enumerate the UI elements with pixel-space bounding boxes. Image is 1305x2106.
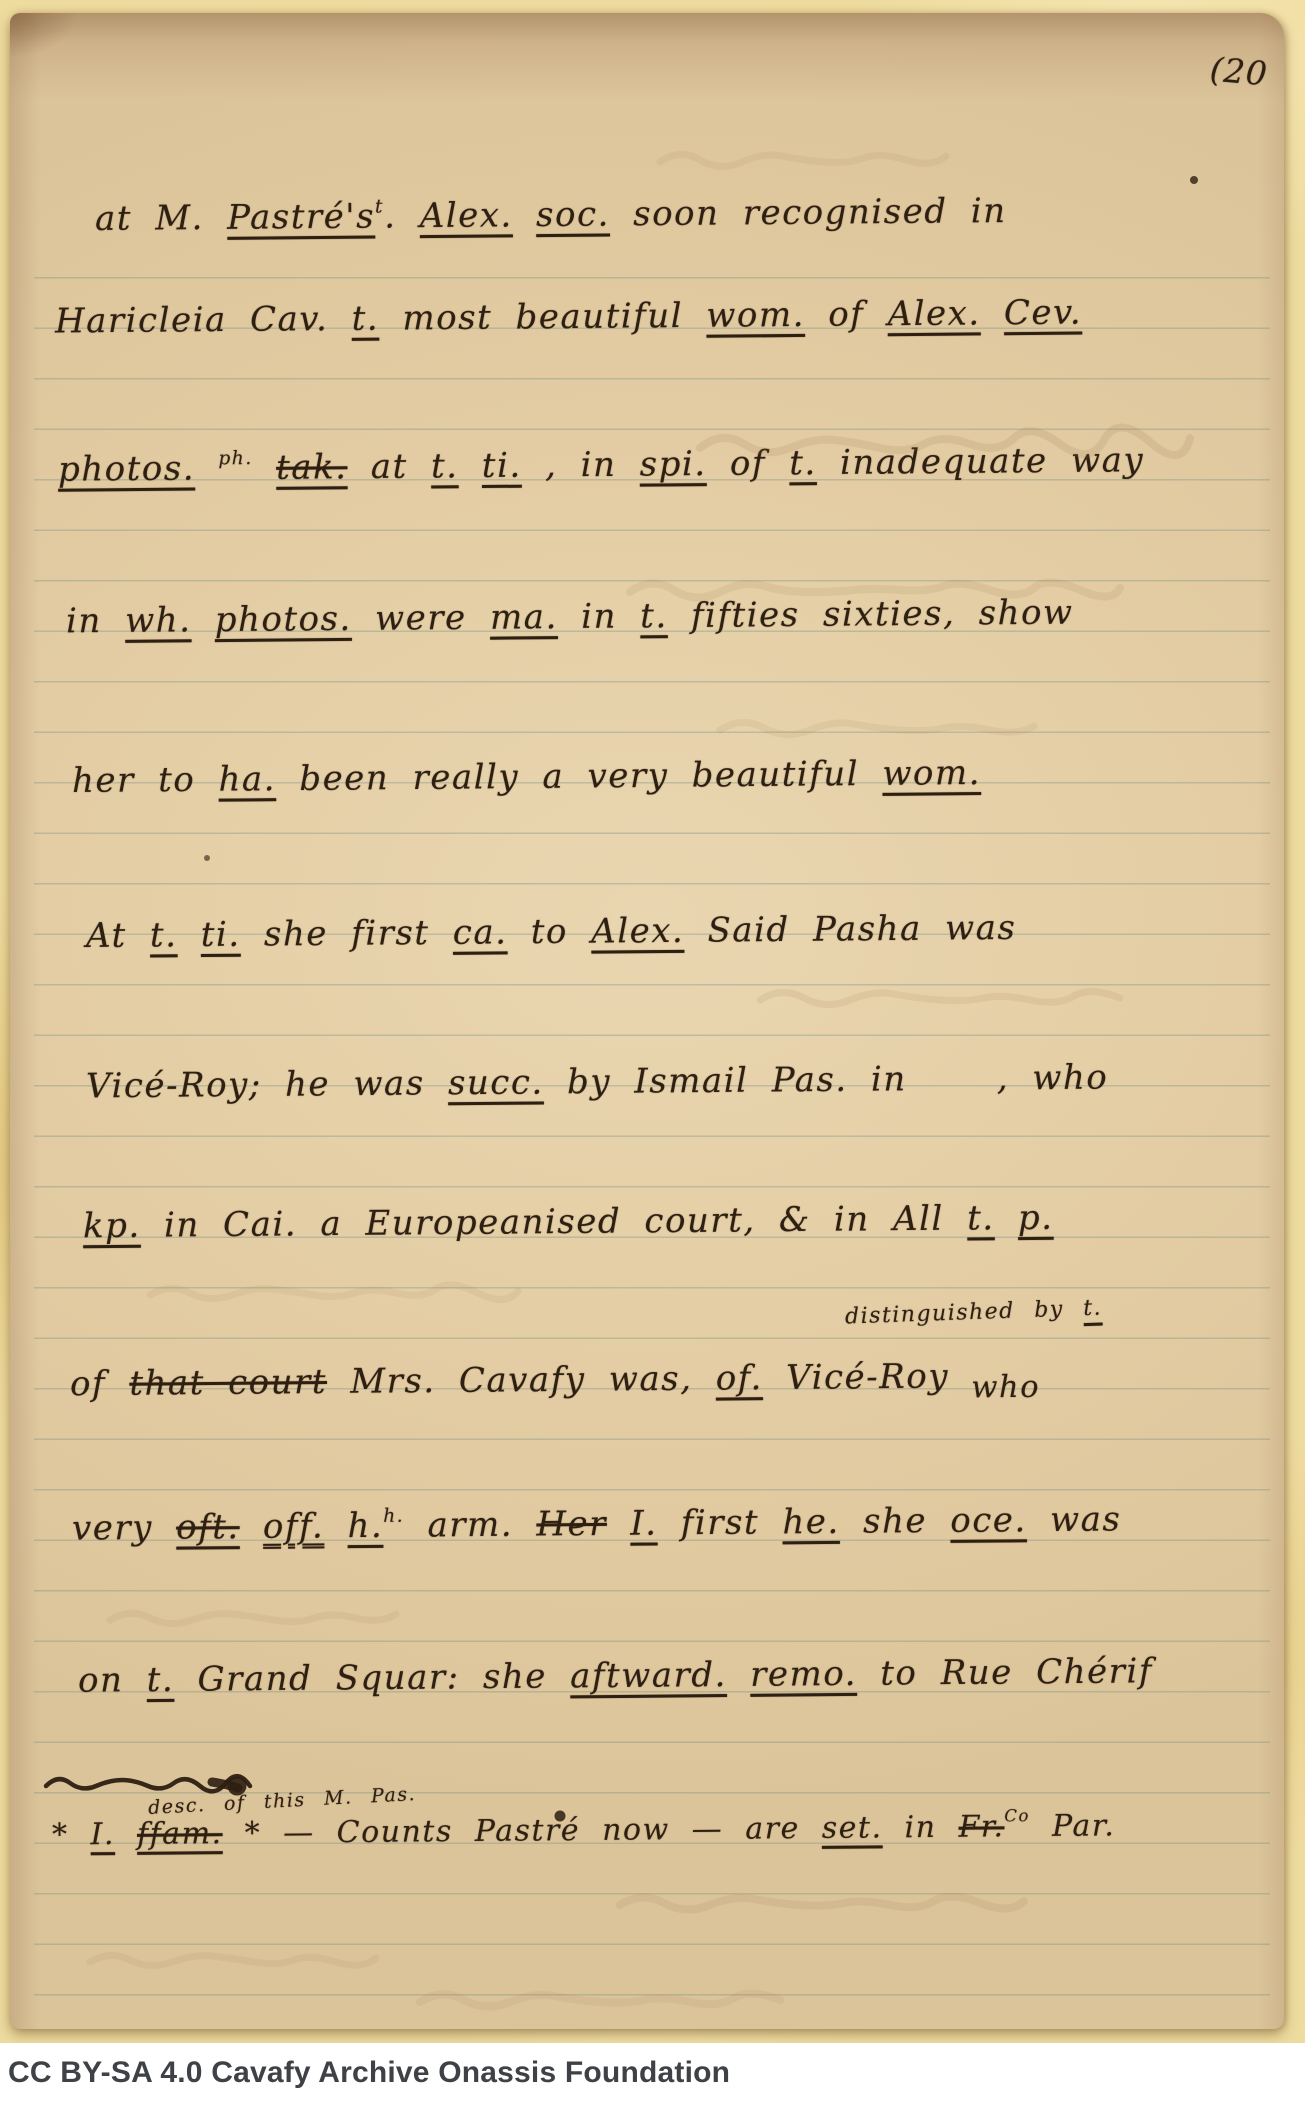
handwriting-segment <box>191 600 215 640</box>
handwriting-segment: she first <box>240 913 453 955</box>
handwriting-segment: set. <box>822 1810 883 1846</box>
handwriting-segment: wom. <box>882 753 981 794</box>
handwriting-segment: succ. <box>448 1062 544 1103</box>
handwriting-segment <box>458 446 482 486</box>
handwriting-segment: Par. <box>1030 1808 1116 1844</box>
handwriting-segment: Said Pasha was <box>684 908 1017 951</box>
handwriting-segment: inadequate way <box>817 440 1145 483</box>
handwriting-segment: At <box>86 916 150 957</box>
handwriting-segment: off. <box>263 1506 325 1547</box>
handwriting-segment: Cev. <box>1004 293 1082 334</box>
handwriting-segment: Alex. <box>420 195 513 236</box>
handwriting-segment: spi. <box>640 444 707 485</box>
handwriting-segment: that court <box>129 1362 327 1404</box>
handwriting-segment: in Cai. a Europeanised court, & in All <box>141 1199 968 1246</box>
license-caption-bar: CC BY-SA 4.0 Cavafy Archive Onassis Foun… <box>0 2043 1305 2106</box>
handwriting-segment: tak. <box>276 447 348 488</box>
handwriting-segment: * — Counts Pastré now — are <box>222 1811 822 1851</box>
handwriting-segment: * <box>52 1817 91 1852</box>
handwriting-segment: t. <box>150 915 178 955</box>
handwriting-segment: ffam. <box>137 1816 223 1852</box>
handwriting-segment: t. <box>640 596 668 636</box>
line-8: kp. in Cai. a Europeanised court, & in A… <box>83 1198 1054 1246</box>
handwriting-segment: ma. <box>490 597 558 638</box>
handwriting-segment: who <box>949 1370 1040 1406</box>
handwriting-segment <box>253 448 277 488</box>
handwriting-segment: ha. <box>218 759 276 800</box>
handwriting-segment: Co <box>1004 1806 1030 1825</box>
handwriting-segment: h. <box>347 1506 383 1546</box>
handwriting-segment <box>607 1504 631 1544</box>
handwriting-segment: to Rue Chérif <box>857 1651 1153 1694</box>
handwriting-segment: I. <box>90 1817 115 1852</box>
handwriting-segment: t. <box>967 1198 995 1238</box>
handwriting-segment: Haricleia Cav. <box>55 299 352 342</box>
handwriting-segment: fifties sixties, show <box>667 593 1073 637</box>
handwriting-segment: Vicé-Roy <box>763 1357 949 1399</box>
handwriting-segment: kp. <box>83 1206 141 1247</box>
handwriting-segment: t. <box>789 443 817 483</box>
handwriting-segment: Fr. <box>958 1809 1004 1844</box>
license-caption: CC BY-SA 4.0 Cavafy Archive Onassis Foun… <box>0 2043 1305 2103</box>
handwriting-segment: in <box>66 601 125 642</box>
handwriting-segment: on <box>78 1660 147 1701</box>
handwriting-segment: ca. <box>453 912 508 952</box>
handwriting-segment <box>177 915 201 955</box>
handwriting-segment: at <box>347 446 431 487</box>
line-1: at M. Pastré'st. Alex. soc. soon recogni… <box>95 191 1007 239</box>
handwriting-segment: soon recognised in <box>610 191 1007 234</box>
handwriting-segment: of. <box>716 1358 764 1398</box>
handwriting-segment <box>980 293 1004 333</box>
handwriting-segment <box>324 1506 348 1546</box>
handwriting-segment <box>115 1817 137 1852</box>
handwriting-segment: her to <box>72 760 219 801</box>
handwriting-segment: of <box>706 443 789 484</box>
handwriting-segment: Alex. <box>887 293 980 334</box>
handwriting-segment: of <box>805 294 888 335</box>
handwriting-segment: were <box>352 598 491 639</box>
handwriting-segment: been really a very beautiful <box>276 754 883 799</box>
handwriting-segment: wh. <box>125 600 192 641</box>
handwriting-segment: Vicé-Roy; he was <box>86 1063 448 1106</box>
page-number: (20 <box>1208 50 1269 94</box>
handwriting-segment: Her <box>536 1504 607 1545</box>
handwriting-segment: t. <box>431 446 459 486</box>
handwriting-segment <box>907 1090 997 1091</box>
handwriting-segment: most beautiful <box>379 296 707 339</box>
handwriting-segment: ti. <box>482 446 522 486</box>
handwriting-segment: remo. <box>750 1654 857 1695</box>
handwriting-segment: in <box>882 1810 958 1846</box>
handwriting-segment: , who <box>997 1058 1109 1099</box>
line-5: her to ha. been really a very beautiful … <box>72 753 981 801</box>
handwriting-segment: to <box>507 912 591 953</box>
handwriting-segment: Pastré's <box>227 197 375 238</box>
handwriting-segment <box>994 1198 1018 1238</box>
handwriting-segment: of <box>70 1364 130 1405</box>
handwriting-segment: by Ismail Pas. in <box>544 1059 907 1102</box>
handwriting-segment <box>195 448 219 488</box>
handwriting-segment: ph. <box>218 448 253 469</box>
handwriting-segment: t. <box>351 299 379 339</box>
handwriting-segment: h. <box>383 1506 404 1527</box>
handwriting-segment: Grand Squar: she <box>174 1656 570 1699</box>
handwriting-segment: photos. <box>58 449 195 490</box>
handwriting-segment: soc. <box>536 194 610 235</box>
handwriting-segment: ti. <box>201 915 241 955</box>
handwriting-segment: aftward. <box>570 1655 727 1696</box>
handwriting-segment <box>513 195 537 235</box>
handwriting-segment: oce. <box>950 1500 1027 1541</box>
handwriting-segment: t <box>375 196 384 217</box>
handwriting-segment: I. <box>630 1503 658 1543</box>
handwriting-segment: Mrs. Cavafy was, <box>327 1359 716 1402</box>
handwriting-segment: at M. <box>95 198 228 239</box>
handwriting-segment: Alex. <box>591 911 684 952</box>
handwriting-segment: t. <box>147 1660 175 1700</box>
handwriting-segment: she <box>840 1501 951 1542</box>
handwriting-segment: very <box>72 1508 176 1549</box>
handwriting-segment: oft. <box>176 1507 240 1548</box>
handwriting-segment: wom. <box>706 295 805 336</box>
handwriting-segment: p. <box>1018 1198 1054 1238</box>
line-6: At t. ti. she first ca. to Alex. Said Pa… <box>86 908 1017 956</box>
handwriting-segment: photos. <box>215 599 352 640</box>
handwriting-segment: . <box>384 196 420 236</box>
handwriting-segment: in <box>558 596 641 637</box>
handwriting-segment: first <box>657 1502 782 1543</box>
handwriting-segment: arm. <box>404 1505 537 1546</box>
ruled-lines <box>34 228 1270 2018</box>
handwriting-segment: he. <box>782 1502 840 1542</box>
handwriting-segment: t. <box>1083 1296 1103 1322</box>
handwriting-segment <box>239 1507 263 1547</box>
handwriting-segment: , in <box>522 445 640 486</box>
handwriting-segment <box>727 1655 751 1695</box>
line-9: of that court Mrs. Cavafy was, of. Vicé-… <box>70 1356 1040 1413</box>
handwriting-segment: was <box>1027 1499 1122 1540</box>
